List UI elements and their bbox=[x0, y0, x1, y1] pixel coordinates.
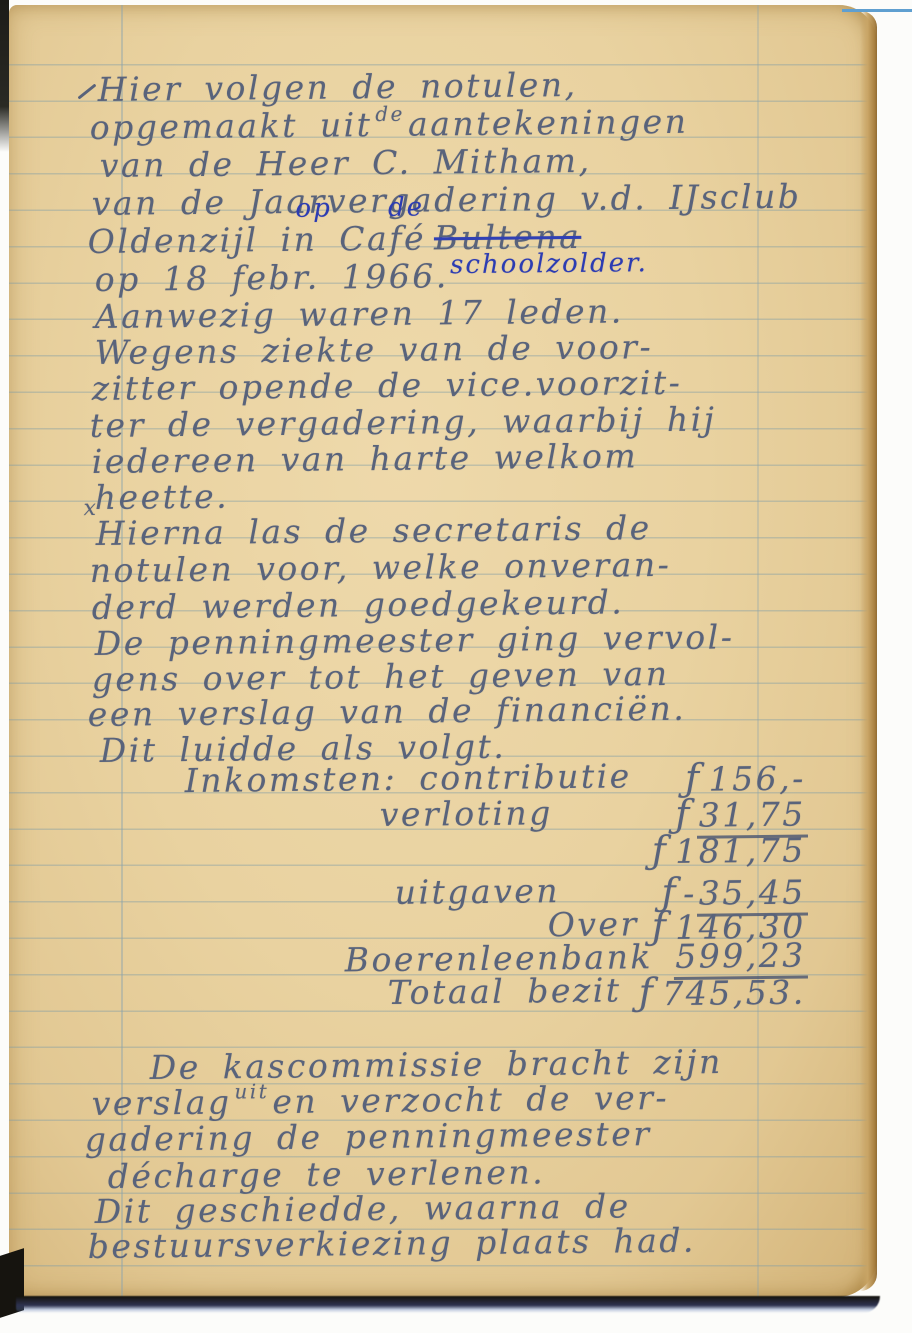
attendance-line-6: heette. bbox=[95, 477, 230, 517]
scanner-shadow-top-left bbox=[0, 0, 9, 152]
intro-line-5: Oldenzijl in CaféBultena op de schoolzol… bbox=[88, 217, 582, 261]
closing-line-6: bestuursverkiezing plaats had. bbox=[88, 1221, 697, 1266]
intro-line-2: opgemaakt uitdeaantekeningen bbox=[90, 102, 689, 147]
finance-label: Totaal bezit bbox=[388, 970, 622, 1011]
intro-line-4: van de Jaarvergadering v.d. IJsclub bbox=[92, 177, 802, 223]
blue-correction-below: schoolzolder. bbox=[450, 248, 648, 280]
attendance-line-5: iedereen van harte welkom bbox=[92, 436, 639, 481]
finance-amount: ƒ181,75 bbox=[612, 827, 808, 873]
superscript-insertion: de bbox=[375, 102, 405, 126]
blue-correction-above: op de bbox=[295, 192, 424, 223]
intro-line-1: Hier volgen de notulen, bbox=[98, 65, 578, 109]
guilder-sign: ƒ bbox=[638, 970, 655, 1014]
guilder-sign: ƒ bbox=[651, 828, 668, 872]
intro-line-6: op 18 febr. 1966. bbox=[95, 256, 449, 299]
closing-line-3: gadering de penningmeester bbox=[85, 1114, 652, 1159]
finance-label: verloting bbox=[380, 793, 553, 834]
insertion-mark-x: x bbox=[83, 496, 98, 521]
scanner-edge-line bbox=[842, 9, 912, 12]
scanned-document: Hier volgen de notulen, opgemaakt uitdea… bbox=[0, 0, 912, 1333]
superscript-insertion: uit bbox=[234, 1079, 269, 1103]
intro-line-3: van de Heer C. Mitham, bbox=[100, 141, 592, 185]
finance-amount: ƒ745,53. bbox=[612, 969, 808, 1015]
finance-row: Totaal bezit ƒ745,53. bbox=[0, 968, 836, 1019]
page-bottom-shadow bbox=[16, 1296, 880, 1313]
page-stack-edge bbox=[860, 11, 877, 1291]
